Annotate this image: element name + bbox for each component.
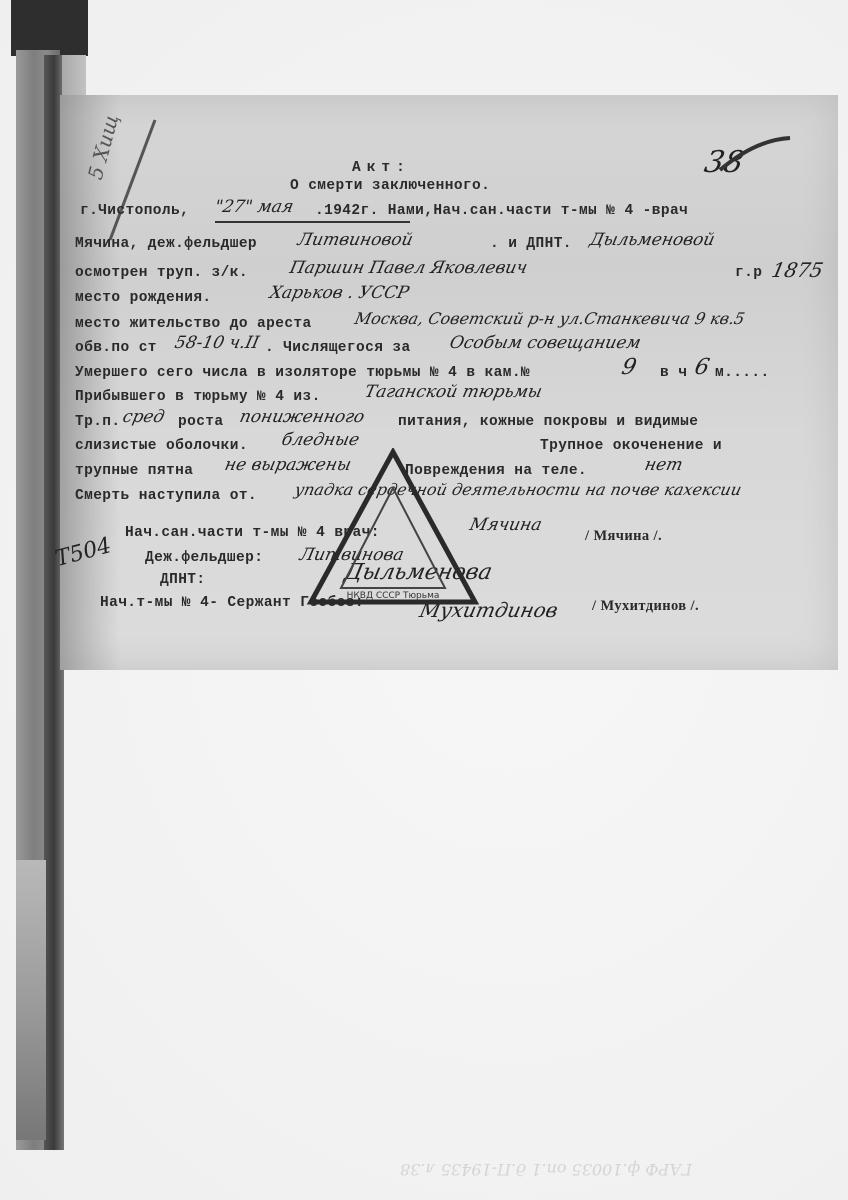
feldsher-label: Мячина, деж.фельдшер <box>75 236 257 252</box>
rigor-label: Трупное окоченение и <box>540 438 722 454</box>
article-label: обв.по ст <box>75 340 157 356</box>
signature-role-feldsher: Деж.фельдшер: <box>145 550 263 566</box>
arrived-from-label: Прибывшего в тюрьму № 4 из. <box>75 389 321 405</box>
svg-text:НКВД СССР Тюрьма: НКВД СССР Тюрьма <box>347 591 440 601</box>
dpnt-label: . и ДПНТ. <box>490 236 572 252</box>
line1-typed: .1942г. Нами,Нач.сан.части т-мы № 4 -вра… <box>315 203 688 219</box>
minutes-label: м..... <box>715 365 770 381</box>
birth-year: 1875 <box>769 258 825 282</box>
birthplace-label: место рождения. <box>75 290 212 306</box>
date-underline <box>215 221 410 223</box>
livor-label: трупные пятна <box>75 463 193 479</box>
birthplace: Харьков . УССР <box>268 283 411 303</box>
page-number-flourish <box>715 130 795 175</box>
document-subtitle: О смерти заключенного. <box>290 178 490 194</box>
document-title: Акт: <box>352 160 411 176</box>
place-label: г.Чистополь, <box>80 203 189 219</box>
feldsher-name: Литвиновой <box>296 230 415 250</box>
cause-label: Смерть наступила от. <box>75 488 257 504</box>
residence-label: место жительство до ареста <box>75 316 312 332</box>
signature-name-doctor: / Мячина /. <box>585 528 662 545</box>
margin-slash-mark <box>95 115 165 245</box>
arrived-from: Таганской тюрьмы <box>363 382 544 402</box>
corpse-label: Тр.п. <box>75 414 121 430</box>
nutrition-value: пониженного <box>238 407 366 427</box>
prisoner-name: Паршин Павел Яковлевич <box>288 258 529 278</box>
date-handwritten: "27" мая <box>213 197 295 217</box>
triangle-stamp-icon: НКВД СССР Тюрьма <box>305 448 480 608</box>
mucous-label: слизистые оболочки. <box>75 438 248 454</box>
residence: Москва, Советский р-н ул.Станкевича 9 кв… <box>353 309 747 328</box>
height-value: сред <box>121 407 167 427</box>
article-number: 58-10 ч.II <box>173 333 261 353</box>
binding-lower <box>16 860 46 1140</box>
signature-name-chief: / Мухитдинов /. <box>592 598 699 615</box>
time-label: в ч <box>660 365 687 381</box>
archive-reference: ГАРФ ф.10035 оп.1 д.П-19435 л.38 <box>400 1160 692 1179</box>
height-label: роста <box>178 414 224 430</box>
binding-clip <box>11 0 88 56</box>
signature-role-dpnt: ДПНТ: <box>160 572 206 588</box>
assigned-label: . Числящегося за <box>265 340 411 356</box>
skin-label: питания, кожные покровы и видимые <box>398 414 698 430</box>
prisoner-label: осмотрен труп. з/к. <box>75 265 248 281</box>
birth-year-label: г.р <box>735 265 762 281</box>
dpnt-name: Дыльменовой <box>588 230 717 250</box>
mucous-value: бледные <box>280 430 361 450</box>
death-location-label: Умершего сего числа в изоляторе тюрьмы №… <box>75 365 530 381</box>
assigned-authority: Особым совещанием <box>448 333 643 353</box>
injuries-value: нет <box>643 455 685 475</box>
